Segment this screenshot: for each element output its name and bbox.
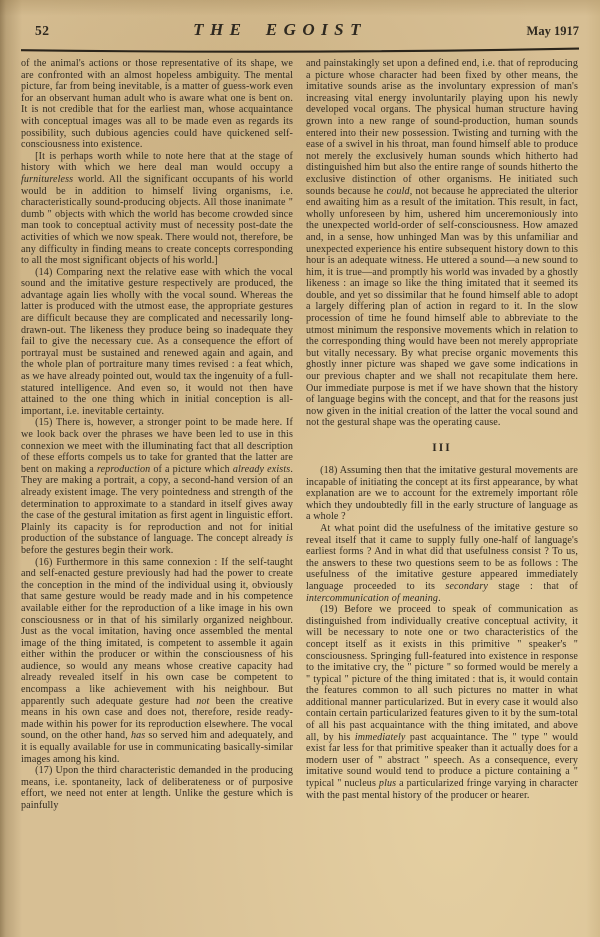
two-column-text: of the animal's actions or those represe…	[21, 58, 579, 812]
paragraph: (18) Assuming then that the imitative ge…	[306, 465, 578, 523]
page-number: 52	[21, 23, 50, 39]
paragraph: [It is perhaps worth while to note here …	[21, 151, 293, 267]
left-column: of the animal's actions or those represe…	[21, 58, 293, 812]
paragraph: (14) Comparing next the relative ease wi…	[21, 267, 293, 418]
section-heading: III	[306, 442, 578, 454]
issue-date: May 1917	[527, 24, 579, 39]
paragraph: At what point did the usefulness of the …	[306, 523, 578, 604]
header-rule	[21, 47, 579, 55]
paragraph: (19) Before we proceed to speak of commu…	[306, 604, 578, 801]
paragraph: (17) Upon the third characteristic deman…	[21, 765, 293, 811]
paragraph: of the animal's actions or those represe…	[21, 58, 293, 151]
journal-page: 52 THE EGOIST May 1917 of the animal's a…	[0, 0, 600, 937]
right-column: and painstakingly set upon a defined end…	[306, 58, 578, 812]
journal-title: THE EGOIST	[193, 20, 367, 40]
page-header: 52 THE EGOIST May 1917	[21, 0, 579, 44]
paragraph: (15) There is, however, a stronger point…	[21, 417, 293, 556]
paragraph: (16) Furthermore in this same connexion …	[21, 557, 293, 766]
paragraph: and painstakingly set upon a defined end…	[306, 58, 578, 429]
